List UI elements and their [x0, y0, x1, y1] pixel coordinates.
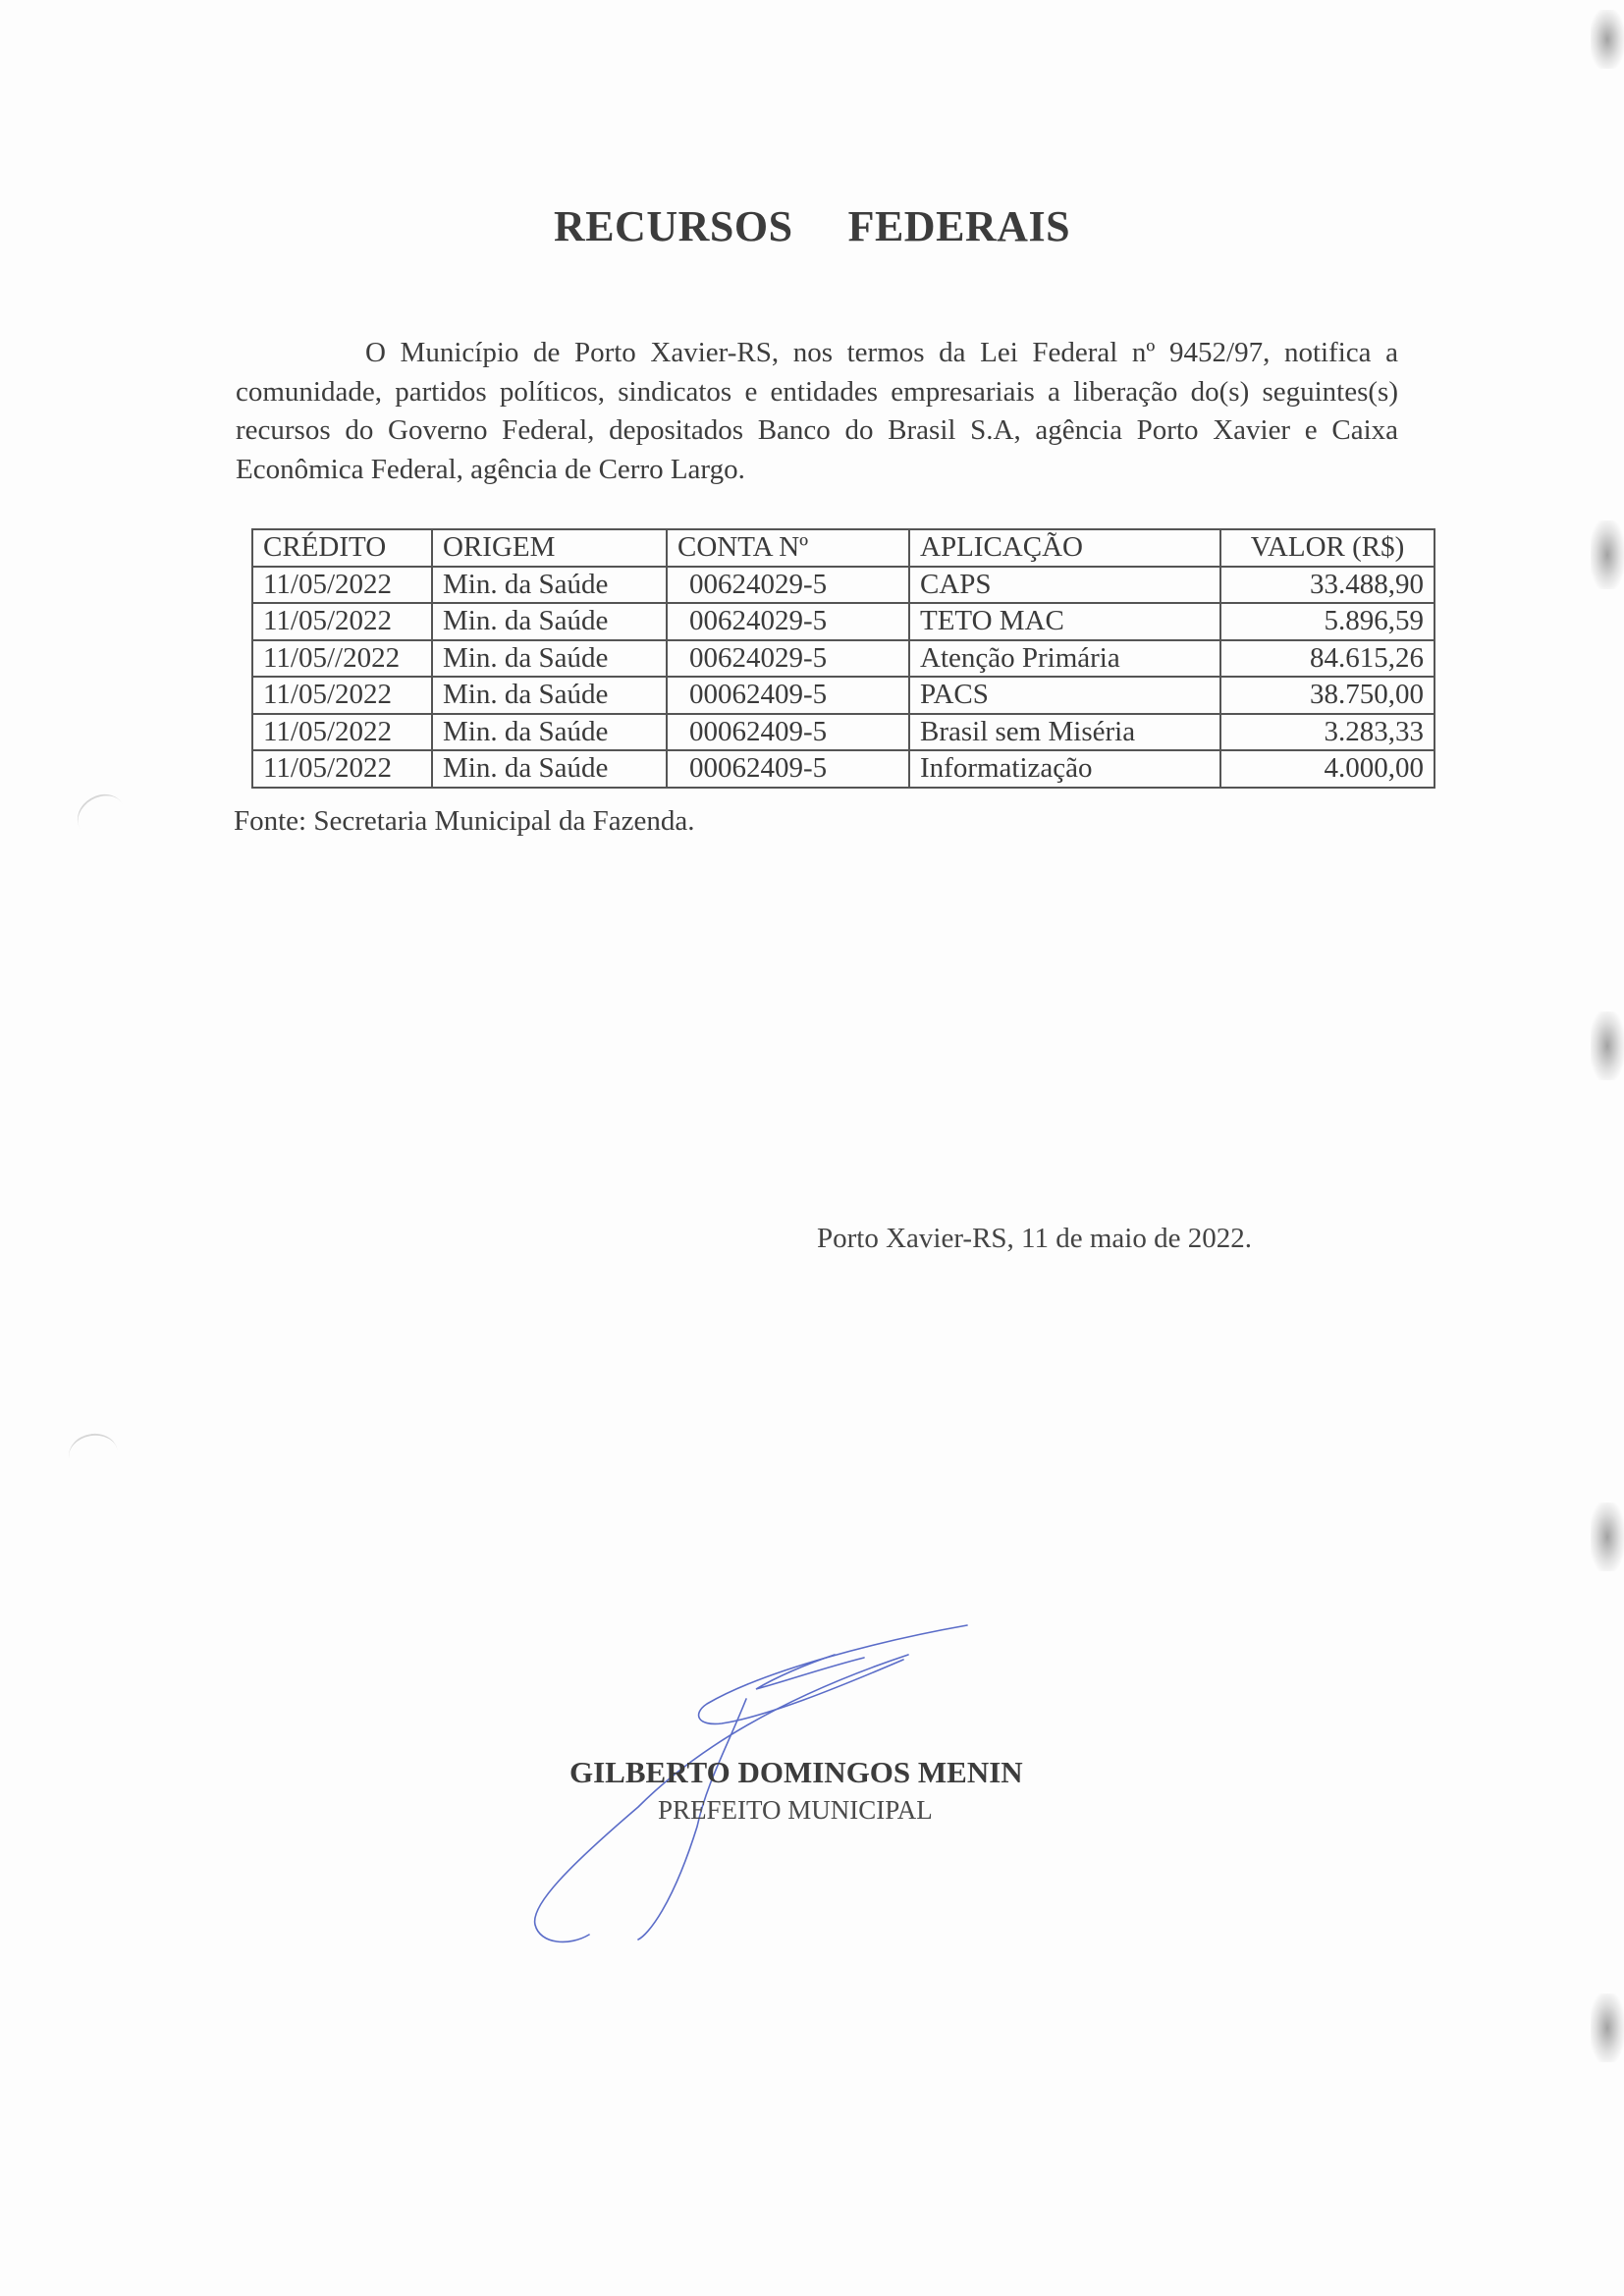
aplicacao-cell: Brasil sem Miséria [909, 714, 1220, 751]
header-valor: VALOR (R$) [1220, 529, 1435, 567]
scan-artifact [1591, 1503, 1624, 1571]
conta-cell: 00624029-5 [667, 640, 909, 678]
valor-cell: 4.000,00 [1220, 750, 1435, 788]
credito-cell: 11/05/2022 [252, 677, 432, 714]
punch-hole-mark [66, 1430, 122, 1479]
place-date: Porto Xavier-RS, 11 de maio de 2022. [817, 1223, 1252, 1255]
document-title: RECURSOSFEDERAIS [0, 201, 1624, 251]
header-aplicacao: APLICAÇÃO [909, 529, 1220, 567]
aplicacao-cell: CAPS [909, 567, 1220, 604]
signatory-name: GILBERTO DOMINGOS MENIN [569, 1755, 1023, 1790]
signatory-role: PREFEITO MUNICIPAL [658, 1795, 933, 1826]
punch-hole-mark [70, 786, 133, 846]
credito-cell: 11/05/2022 [252, 714, 432, 751]
scan-artifact [1591, 520, 1624, 589]
table-row: 11/05/2022Min. da Saúde00062409-5Brasil … [252, 714, 1435, 751]
aplicacao-cell: TETO MAC [909, 603, 1220, 640]
credito-cell: 11/05//2022 [252, 640, 432, 678]
table-row: 11/05/2022Min. da Saúde00062409-5PACS38.… [252, 677, 1435, 714]
origem-cell: Min. da Saúde [432, 567, 667, 604]
origem-cell: Min. da Saúde [432, 640, 667, 678]
scan-artifact [1591, 10, 1624, 69]
header-credito: CRÉDITO [252, 529, 432, 567]
intro-paragraph: O Município de Porto Xavier-RS, nos term… [236, 334, 1398, 489]
title-part-2: FEDERAIS [848, 202, 1071, 250]
origem-cell: Min. da Saúde [432, 677, 667, 714]
table-row: 11/05/2022Min. da Saúde00624029-5TETO MA… [252, 603, 1435, 640]
header-conta: CONTA Nº [667, 529, 909, 567]
valor-cell: 84.615,26 [1220, 640, 1435, 678]
conta-cell: 00062409-5 [667, 714, 909, 751]
source-note: Fonte: Secretaria Municipal da Fazenda. [234, 805, 694, 838]
funds-table: CRÉDITO ORIGEM CONTA Nº APLICAÇÃO VALOR … [251, 528, 1435, 789]
origem-cell: Min. da Saúde [432, 750, 667, 788]
intro-text: O Município de Porto Xavier-RS, nos term… [236, 337, 1398, 485]
aplicacao-cell: Informatização [909, 750, 1220, 788]
origem-cell: Min. da Saúde [432, 714, 667, 751]
scan-artifact [1591, 1994, 1624, 2062]
table-row: 11/05/2022Min. da Saúde00624029-5CAPS33.… [252, 567, 1435, 604]
conta-cell: 00624029-5 [667, 567, 909, 604]
conta-cell: 00624029-5 [667, 603, 909, 640]
title-part-1: RECURSOS [554, 202, 793, 250]
table-row: 11/05/2022Min. da Saúde00062409-5Informa… [252, 750, 1435, 788]
valor-cell: 38.750,00 [1220, 677, 1435, 714]
origem-cell: Min. da Saúde [432, 603, 667, 640]
aplicacao-cell: PACS [909, 677, 1220, 714]
credito-cell: 11/05/2022 [252, 750, 432, 788]
header-origem: ORIGEM [432, 529, 667, 567]
credito-cell: 11/05/2022 [252, 567, 432, 604]
table-header-row: CRÉDITO ORIGEM CONTA Nº APLICAÇÃO VALOR … [252, 529, 1435, 567]
valor-cell: 33.488,90 [1220, 567, 1435, 604]
scan-artifact [1591, 1011, 1624, 1080]
credito-cell: 11/05/2022 [252, 603, 432, 640]
table-row: 11/05//2022Min. da Saúde00624029-5Atençã… [252, 640, 1435, 678]
aplicacao-cell: Atenção Primária [909, 640, 1220, 678]
valor-cell: 3.283,33 [1220, 714, 1435, 751]
conta-cell: 00062409-5 [667, 750, 909, 788]
conta-cell: 00062409-5 [667, 677, 909, 714]
valor-cell: 5.896,59 [1220, 603, 1435, 640]
